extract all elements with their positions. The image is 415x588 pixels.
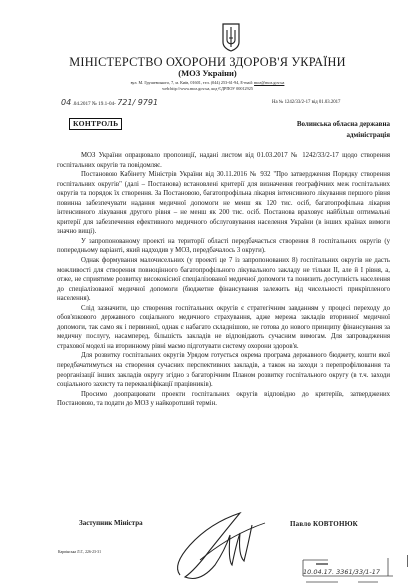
reference-number: На № 1242/33/2-17 від 01.03.2017 bbox=[272, 100, 340, 105]
address-text: вул. М. Грушевського, 7, м. Київ, 01601,… bbox=[131, 80, 254, 85]
body-paragraph: МОЗ України опрацювало пропозиції, надан… bbox=[57, 151, 390, 170]
margin-mark bbox=[407, 555, 408, 567]
email-link[interactable]: moz@moz.gov.ua bbox=[254, 80, 284, 85]
outgoing-number: 04 .04.2017 № 19.1-04- 721/ 9791 bbox=[61, 98, 158, 107]
ministry-address: вул. М. Грушевського, 7, м. Київ, 01601,… bbox=[0, 80, 415, 85]
letter-page: МІНІСТЕРСТВО ОХОРОНИ ЗДОРОВ'Я УКРАЇНИ (М… bbox=[0, 0, 415, 588]
trident-coat-of-arms-icon bbox=[221, 22, 241, 52]
body-paragraph: Однак формування малочисельних (у проект… bbox=[57, 256, 390, 304]
body-paragraph: У запропонованому проекті на території о… bbox=[57, 237, 390, 256]
registration-number: 10.04.17. 3361/33/1-17 bbox=[303, 568, 380, 576]
handwritten-signature-icon bbox=[170, 505, 270, 585]
letter-body: МОЗ України опрацювало пропозиції, надан… bbox=[57, 151, 390, 409]
executor-contact: Карпінська Л.Г., 226-23-31 bbox=[58, 550, 101, 554]
addressee-line-1: Волинська обласна державна bbox=[260, 119, 390, 130]
body-paragraph: Слід зазначити, що створення госпітальни… bbox=[57, 304, 390, 352]
outgoing-handwritten-number: 721/ 9791 bbox=[117, 98, 158, 107]
outgoing-printed: .04.2017 № 19.1-04- bbox=[72, 101, 115, 107]
body-paragraph: Просимо доопрацювати проекти госпітальни… bbox=[57, 390, 390, 409]
ministry-abbreviation: (МОЗ України) bbox=[0, 68, 415, 78]
body-paragraph: Постановою Кабінету Міністрів України ві… bbox=[57, 170, 390, 237]
ministry-web-line: web:http://www.moz.gov.ua, код ЄДРПОУ 00… bbox=[0, 86, 415, 91]
signatory-title: Заступник Міністра bbox=[79, 519, 143, 527]
signatory-name: Павло КОВТОНЮК bbox=[290, 520, 358, 528]
outgoing-day: 04 bbox=[61, 98, 71, 107]
control-stamp: КОНТРОЛЬ bbox=[69, 118, 122, 130]
body-paragraph: Для розвитку госпітальних округів Урядом… bbox=[57, 351, 390, 389]
addressee: Волинська обласна державна адміністрація bbox=[260, 119, 390, 141]
addressee-line-2: адміністрація bbox=[260, 130, 390, 141]
